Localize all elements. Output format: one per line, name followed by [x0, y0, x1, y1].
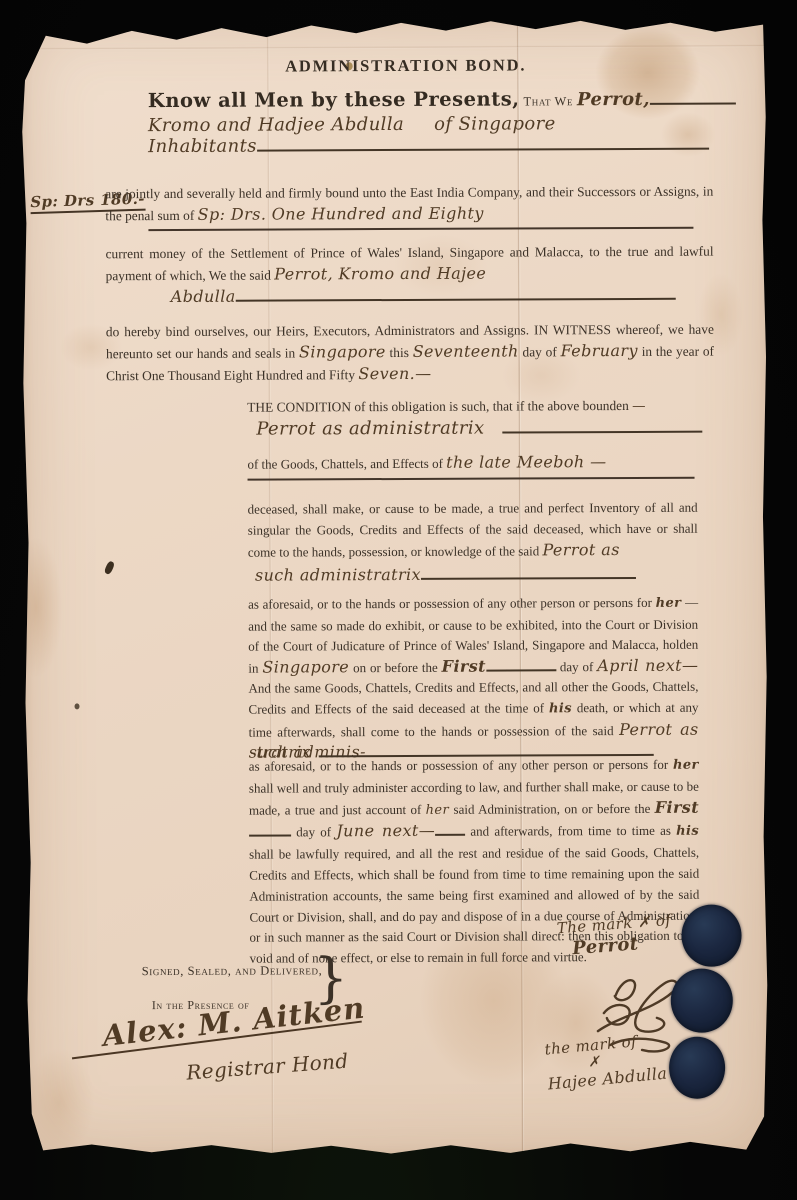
witness-clause-text-3: day of: [522, 344, 556, 359]
hw-place-singapore: Singapore: [299, 342, 386, 361]
wax-seal-3: [669, 1037, 725, 1099]
hw-her-2: her: [673, 758, 699, 773]
pin-mark: [104, 560, 116, 575]
document-title: ADMINISTRATION BOND.: [32, 54, 780, 77]
witness-clause-text-2: this: [390, 345, 409, 360]
condition-heading: THE CONDITION of this obligation is such…: [247, 395, 699, 419]
admin-text-1: as aforesaid, or to the hands or possess…: [249, 757, 668, 774]
ruled-line: [148, 227, 693, 231]
abdulla-mark-block: the mark of ✗ Hajee Abdulla: [544, 1030, 668, 1094]
wax-seal-1: [681, 904, 741, 966]
exhibit-text-4: day of: [560, 659, 594, 674]
admin-text-4: day of: [296, 825, 331, 840]
opening-clause: Know all Men by these Presents, That We …: [148, 87, 733, 158]
ruled-line: [435, 827, 465, 836]
hw-her-1: her: [656, 596, 682, 611]
signed-sealed-label: Signed, Sealed, and Delivered,: [142, 960, 323, 982]
effects-line-text: of the Goods, Chattels, and Effects of: [247, 456, 443, 472]
ruled-line: [257, 139, 709, 152]
hw-his-1: his: [549, 701, 572, 716]
witness-title-registrar: Registrar Hond: [185, 1049, 349, 1085]
bond-clause-paragraph: are jointly and severally held and firml…: [105, 181, 713, 227]
hw-condition-tail: —: [632, 399, 646, 414]
ruled-line: [503, 422, 703, 434]
hw-her-3: her: [426, 802, 450, 817]
hw-year-seven: Seven.—: [358, 364, 431, 383]
hw-inhabitants: Inhabitants: [148, 136, 257, 157]
hw-kromo-abdulla-names: Kromo and Hadjee Abdulla: [148, 114, 404, 136]
photograph-background: ADMINISTRATION BOND. Know all Men by the…: [0, 0, 797, 1200]
ruled-line: [421, 568, 636, 580]
perrot-mark-block: The mark ✗ of Perrot: [556, 911, 673, 960]
exhibit-clause-paragraph: as aforesaid, or to the hands or possess…: [248, 593, 699, 765]
hw-holden-singapore: Singapore: [262, 657, 349, 676]
hw-of-singapore: of Singapore: [434, 113, 556, 135]
effects-line: of the Goods, Chattels, and Effects of t…: [247, 451, 699, 475]
hw-penal-sum: Sp: Drs. One Hundred and Eighty: [198, 204, 484, 224]
hw-day-seventeenth: Seventeenth: [413, 341, 519, 360]
admin-text-3: said Administration, on or before the: [453, 800, 650, 816]
inventory-clause-text: deceased, shall make, or cause to be mad…: [248, 500, 698, 560]
hw-april-next: April next—: [597, 655, 698, 674]
hw-obligor-names: Perrot, Kromo and Hajee: [274, 264, 486, 284]
hw-first-1: First: [442, 656, 486, 675]
hw-such-administratrix: such administratrix: [255, 565, 421, 585]
payment-clause-paragraph: current money of the Settlement of Princ…: [105, 241, 713, 287]
administratrix-line: Perrot as administratrix: [256, 417, 702, 440]
ruled-line: [248, 477, 695, 481]
ruled-line: [236, 289, 676, 302]
condition-heading-text: THE CONDITION of this obligation is such…: [247, 398, 629, 415]
admin-text-5: and afterwards, from time to time as: [470, 823, 671, 839]
horizontal-fold-crease: [20, 44, 768, 50]
payment-clause-continuation: Abdulla: [171, 285, 676, 307]
hw-month-february: February: [561, 341, 638, 360]
such-administratrix-line: such administratrix: [255, 564, 636, 586]
abdulla-mark-name: Hajee Abdulla: [547, 1064, 668, 1094]
hw-perrot-administratrix: Perrot as administratrix: [256, 418, 484, 440]
exhibit-text-3: on or before the: [353, 660, 438, 675]
ink-speck: [75, 703, 80, 709]
bond-document-paper: ADMINISTRATION BOND. Know all Men by the…: [20, 14, 773, 1159]
hw-perrot-as: Perrot as: [542, 540, 619, 559]
hw-deceased-name: the late Meeboh —: [446, 452, 606, 472]
hw-june-next: June next—: [336, 821, 435, 840]
hw-his-2: his: [676, 824, 699, 839]
hw-first-2: First: [655, 797, 699, 816]
ruled-line: [249, 828, 291, 837]
wax-seal-2: [671, 969, 733, 1033]
exhibit-text-1: as aforesaid, or to the hands or possess…: [248, 595, 652, 612]
that-we-text: That We: [523, 94, 573, 108]
witness-clause-paragraph: do hereby bind ourselves, our Heirs, Exe…: [106, 319, 714, 387]
ruled-line: [486, 662, 556, 671]
hw-abdulla-name: Abdulla: [171, 287, 236, 306]
opening-blackletter-text: Know all Men by these Presents,: [148, 87, 520, 112]
hw-perrot-name: Perrot,: [577, 89, 650, 110]
inventory-clause-paragraph: deceased, shall make, or cause to be mad…: [248, 497, 698, 563]
ruled-line: [650, 94, 736, 105]
